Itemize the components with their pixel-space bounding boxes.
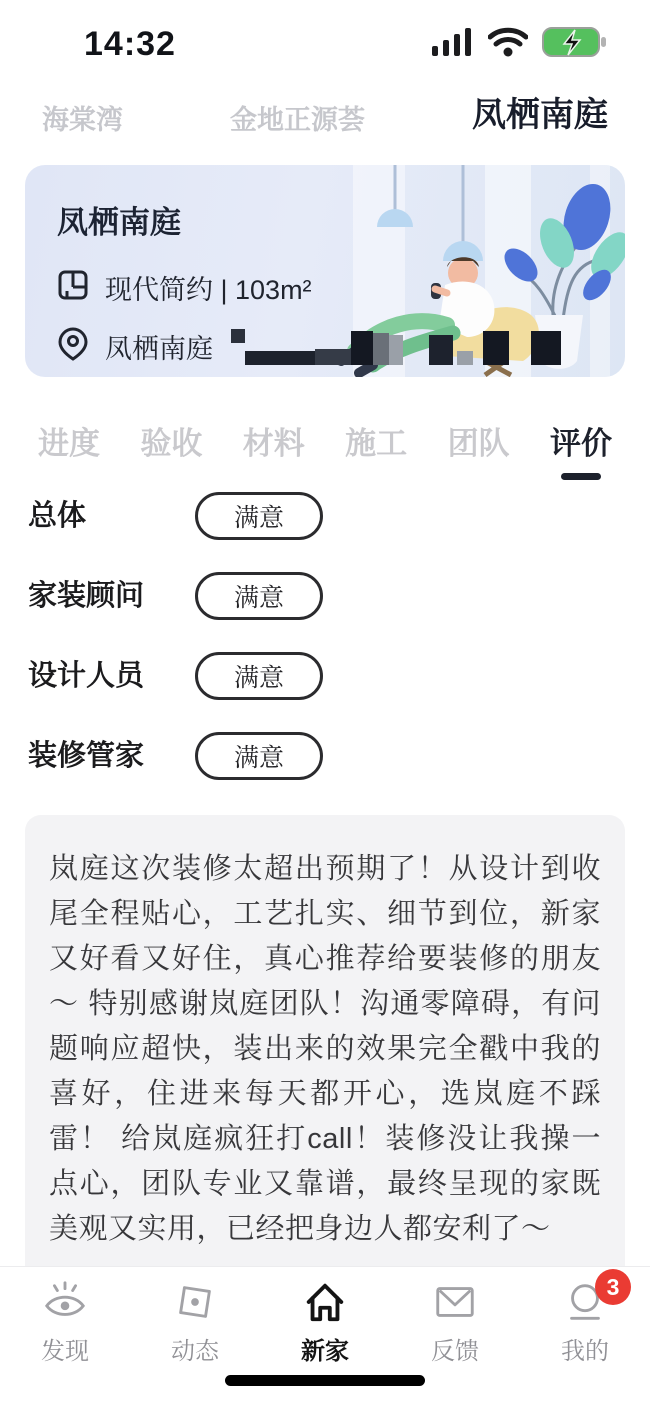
location-pin-icon [57, 327, 89, 366]
rating-row-consultant: 家装顾问 满意 [0, 572, 650, 620]
nav-label: 反馈 [431, 1331, 479, 1366]
property-location: 凤栖南庭 [105, 327, 213, 366]
rating-label: 设计人员 [28, 652, 144, 700]
tab-team[interactable]: 团队 [448, 418, 510, 463]
ratings-section: 总体 满意 家装顾问 满意 设计人员 满意 装修管家 满意 [0, 492, 650, 812]
rating-value-button[interactable]: 满意 [195, 732, 323, 780]
app-screen: 14:32 [0, 0, 650, 1407]
status-bar: 14:32 [0, 18, 650, 70]
nav-item-moments[interactable]: 动态 [130, 1267, 260, 1366]
tab-evaluation[interactable]: 评价 [550, 418, 612, 480]
nav-label: 发现 [41, 1331, 89, 1366]
eye-icon [42, 1279, 88, 1325]
rating-row-overall: 总体 满意 [0, 492, 650, 540]
rating-label: 总体 [28, 492, 86, 540]
property-style-area: 现代简约 | 103m² [105, 268, 312, 307]
review-block: 岚庭这次装修太超出预期了！从设计到收尾全程贴心，工艺扎实、细节到位，新家又好看又… [25, 815, 625, 1287]
wifi-icon [488, 26, 528, 63]
cellular-signal-icon [432, 26, 474, 63]
tab-progress[interactable]: 进度 [38, 418, 100, 463]
property-card-content: 凤栖南庭 现代简约 | 103m² [57, 197, 561, 377]
status-time: 14:32 [84, 25, 176, 64]
nav-item-discover[interactable]: 发现 [0, 1267, 130, 1366]
active-tab-underline [561, 473, 601, 480]
property-location-row: 凤栖南庭 [57, 327, 561, 366]
feedback-icon [432, 1279, 478, 1325]
nav-item-profile[interactable]: 3 我的 [520, 1267, 650, 1366]
rating-row-butler: 装修管家 满意 [0, 732, 650, 780]
bottom-nav: 发现 动态 新家 [0, 1266, 650, 1366]
battery-charging-icon [542, 25, 608, 64]
censored-address [231, 329, 561, 365]
nav-item-newhome[interactable]: 新家 [260, 1267, 390, 1366]
review-text: 岚庭这次装修太超出预期了！从设计到收尾全程贴心，工艺扎实、细节到位，新家又好看又… [49, 847, 601, 1251]
nav-label: 我的 [561, 1331, 609, 1366]
section-tabs: 进度 验收 材料 施工 团队 评价 [0, 418, 650, 480]
property-title: 凤栖南庭 [57, 197, 561, 242]
tab-materials[interactable]: 材料 [243, 418, 305, 463]
tab-acceptance[interactable]: 验收 [140, 418, 202, 463]
tab-construction[interactable]: 施工 [345, 418, 407, 463]
rating-row-designer: 设计人员 满意 [0, 652, 650, 700]
nav-label: 新家 [301, 1331, 349, 1366]
rating-value-button[interactable]: 满意 [195, 572, 323, 620]
rating-value-button[interactable]: 满意 [195, 652, 323, 700]
rating-value-button[interactable]: 满意 [195, 492, 323, 540]
floorplan-icon [57, 269, 89, 306]
property-style-row: 现代简约 | 103m² [57, 268, 561, 307]
property-card[interactable]: 凤栖南庭 现代简约 | 103m² [25, 165, 625, 377]
project-tab-haitangwan[interactable]: 海棠湾 [42, 104, 123, 136]
home-indicator[interactable] [225, 1375, 425, 1386]
project-tab-jindizhengyuanhui[interactable]: 金地正源荟 [230, 104, 365, 136]
project-tab-fengxinanting[interactable]: 凤栖南庭 [472, 95, 608, 136]
notification-badge: 3 [595, 1269, 631, 1305]
rating-label: 家装顾问 [28, 572, 144, 620]
nav-label: 动态 [171, 1331, 219, 1366]
moments-icon [172, 1279, 218, 1325]
project-tabs: 海棠湾 金地正源荟 凤栖南庭 [0, 78, 650, 136]
nav-item-feedback[interactable]: 反馈 [390, 1267, 520, 1366]
home-icon [302, 1279, 348, 1325]
status-icons [432, 25, 608, 64]
rating-label: 装修管家 [28, 732, 144, 780]
